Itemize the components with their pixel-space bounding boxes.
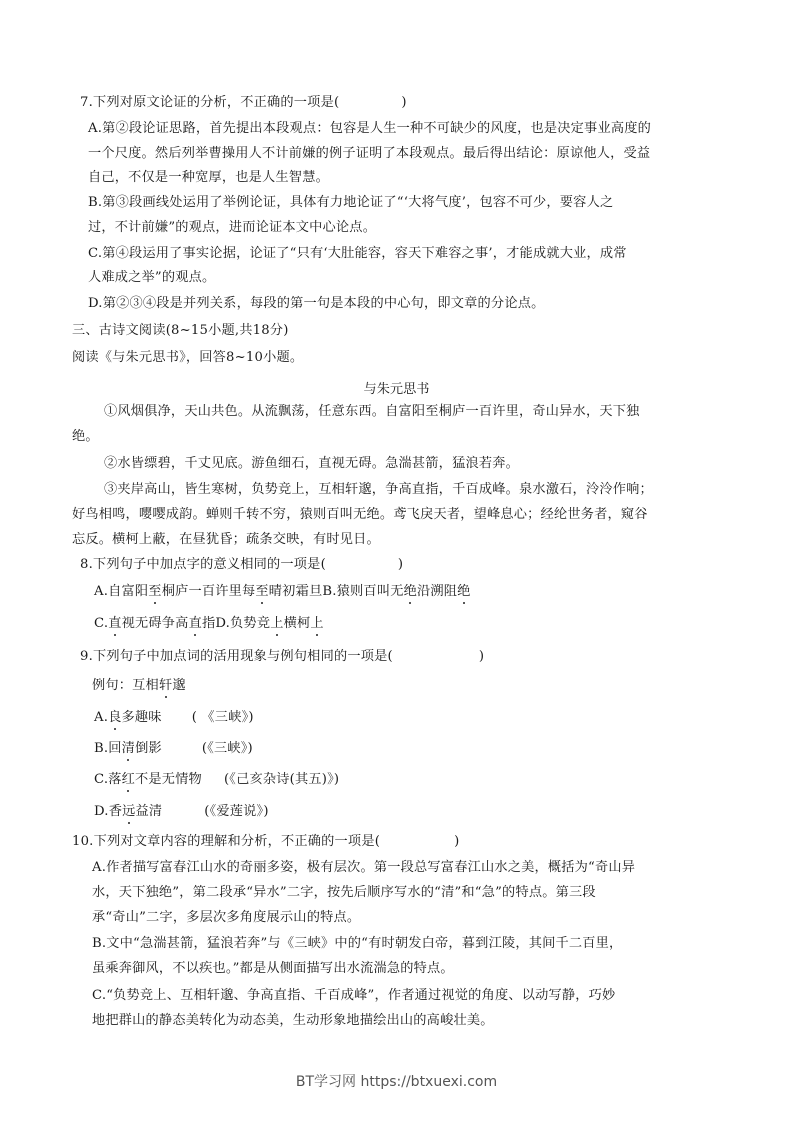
q9-option-a: A.良多趣味( 《三峡》): [94, 710, 254, 726]
q10-option-c-line1: C.“负势竞上、互相轩邈、争高直指、千百成峰”，作者通过视觉的角度、以动写静，巧…: [92, 988, 615, 1004]
q7-option-c-line2: 人难成之举”的观点。: [88, 270, 215, 286]
q8-options-cd: C.直视无碍争高直指D.负势竞上横柯上: [94, 616, 324, 632]
section-heading: 三、古诗文阅读(8~15小题,共18分): [72, 323, 289, 339]
q10-option-b-line1: B.文中“急湍甚箭，猛浪若奔”与《三峡》中的“有时朝发白帝，暮到江陵，其间千二百…: [92, 936, 622, 952]
q9-example: 例句：互相轩邈: [92, 678, 186, 694]
q9-option-c: C.落红不是无情物(《己亥杂诗(其五)》): [94, 772, 339, 788]
q9-option-b: B.回清倒影(《三峡》): [94, 741, 253, 757]
passage-p3-line2: 好鸟相鸣，嘤嘤成韵。蝉则千转不穷，猿则百叫无绝。鸢飞戾天者，望峰息心；经纶世务者…: [72, 507, 648, 523]
q9-stem: 9.下列句子中加点词的活用现象与例句相同的一项是(): [80, 649, 484, 665]
q7-option-a-line2: 一个尺度。然后列举曹操用人不计前嫌的例子证明了本段观点。最后得出结论：原谅他人，…: [88, 146, 650, 162]
q10-stem: 10.下列对文章内容的理解和分析，不正确的一项是(): [72, 834, 459, 850]
q8-options-ab: A.自富阳至桐庐一百许里每至晴初霜旦B.猿则百叫无绝沿溯阻绝: [94, 584, 471, 600]
q10-option-a-line1: A.作者描写富春江山水的奇丽多姿，极有层次。第一段总写富春江山水之美，概括为“奇…: [92, 860, 635, 876]
footer-watermark: BT学习网 https://btxuexi.com: [0, 1071, 793, 1091]
section-instruction: 阅读《与朱元思书》，回答8~10小题。: [72, 350, 303, 366]
passage-p1-line1: ①风烟俱净，天山共色。从流飘荡，任意东西。自富阳至桐庐一百许里，奇山异水，天下独: [104, 404, 640, 420]
q7-stem: 7.下列对原文论证的分析，不正确的一项是(): [80, 95, 407, 111]
passage-title: 与朱元思书: [0, 378, 793, 397]
q8-stem: 8.下列句子中加点字的意义相同的一项是(): [80, 557, 403, 573]
passage-p3-line3: 忘反。横柯上蔽，在昼犹昏；疏条交映，有时见日。: [72, 532, 380, 548]
q7-option-b-line2: 过，不计前嫌”的观点，进而论证本文中心论点。: [88, 220, 376, 236]
q7-option-b-line1: B.第③段画线处运用了举例论证，具体有力地论证了“‘大将气度’，包容不可少，要容…: [88, 195, 613, 211]
q10-option-a-line3: 承“奇山”二字，多层次多角度展示山的特点。: [92, 910, 360, 926]
q10-option-b-line2: 虽乘奔御风，不以疾也。”都是从侧面描写出水流湍急的特点。: [92, 961, 454, 977]
q7-option-a-line1: A.第②段论证思路，首先提出本段观点：包容是人生一种不可缺少的风度，也是决定事业…: [88, 121, 651, 137]
q7-option-d: D.第②③④段是并列关系，每段的第一句是本段的中心句，即文章的分论点。: [88, 296, 544, 312]
q10-option-c-line2: 地把群山的静态美转化为动态美，生动形象地描绘出山的高峻壮美。: [92, 1013, 494, 1029]
q7-option-a-line3: 自己，不仅是一种宽厚，也是人生智慧。: [88, 170, 329, 186]
passage-p2: ②水皆缥碧，千丈见底。游鱼细石，直视无碍。急湍甚箭，猛浪若奔。: [104, 456, 519, 472]
q10-option-a-line2: 水，天下独绝”，第二段承“异水”二字，按先后顺序写水的“清”和“急”的特点。第三…: [92, 885, 596, 901]
q9-option-d: D.香远益清(《爱莲说》): [94, 804, 269, 820]
passage-p3-line1: ③夹岸高山，皆生寒树，负势竞上，互相轩邈，争高直指，千百成峰。泉水激石，泠泠作响…: [104, 482, 653, 498]
q7-option-c-line1: C.第④段运用了事实论据，论证了“只有‘大肚能容，容天下难容之事’，才能成就大业…: [88, 246, 627, 262]
passage-p1-line2: 绝。: [72, 429, 99, 445]
